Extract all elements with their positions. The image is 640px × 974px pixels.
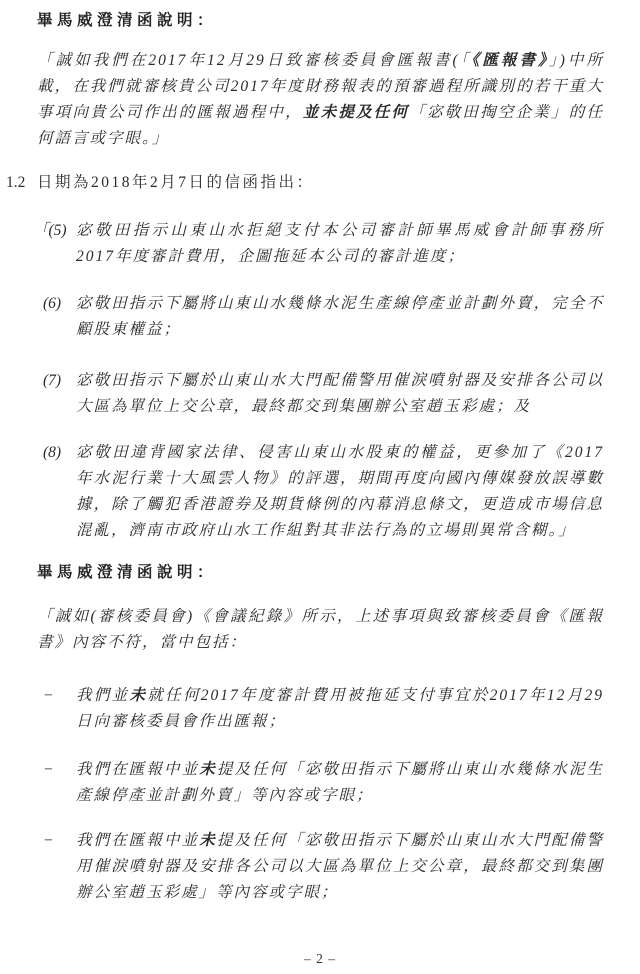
item-7-marker: (7) — [37, 368, 76, 420]
item-6-marker: (6) — [37, 291, 76, 343]
dash-item-3-text: 我們在匯報中並未提及任何「宓敬田指示下屬於山東山水大門配備警用催淚噴射器及安排各… — [76, 828, 604, 906]
dash-item-2-text: 我們在匯報中並未提及任何「宓敬田指示下屬將山東山水幾條水泥生產線停產並計劃外賣」… — [76, 757, 604, 809]
dash-item-3-pre: 我們在匯報中並 — [76, 832, 199, 849]
dash-item-2: − 我們在匯報中並未提及任何「宓敬田指示下屬將山東山水幾條水泥生產線停產並計劃外… — [37, 757, 604, 809]
dash-item-3-bold: 未 — [199, 832, 217, 849]
dash-item-1-post: 就任何2017年度審計費用被拖延支付事宜於2017年12月29日向審核委員會作出… — [76, 687, 604, 730]
section-number: 1.2 — [6, 170, 37, 196]
document-content: 畢馬威澄清函說明： 「誠如我們在2017年12月29日致審核委員會匯報書(「《匯… — [0, 0, 640, 906]
dash-bullet: − — [37, 757, 76, 809]
dash-item-3: − 我們在匯報中並未提及任何「宓敬田指示下屬於山東山水大門配備警用催淚噴射器及安… — [37, 828, 604, 906]
dash-item-1-bold: 未 — [129, 687, 147, 704]
item-8-marker: (8) — [37, 440, 76, 544]
item-5-marker: 「(5) — [33, 218, 76, 270]
item-5-text: 宓敬田指示山東山水拒絕支付本公司審計師畢馬威會計師事務所2017年度審計費用，企… — [76, 218, 604, 270]
quote-1-bold-not-mention: 並未提及任何 — [303, 104, 409, 121]
dash-item-1-text: 我們並未就任何2017年度審計費用被拖延支付事宜於2017年12月29日向審核委… — [76, 683, 604, 735]
clarification-heading-2: 畢馬威澄清函說明： — [37, 560, 604, 586]
item-8-text: 宓敬田違背國家法律、侵害山東山水股東的權益，更參加了《2017年水泥行業十大風雲… — [76, 440, 604, 544]
dash-item-1: − 我們並未就任何2017年度審計費用被拖延支付事宜於2017年12月29日向審… — [37, 683, 604, 735]
dash-item-1-pre: 我們並 — [76, 687, 129, 704]
section-1-2-text: 日期為2018年2月7日的信函指出： — [37, 170, 604, 196]
quote-1-pre: 「誠如我們在2017年12月29日致審核委員會匯報書(「 — [37, 52, 472, 69]
quote-1-bold-report-book: 《匯報書》 — [472, 52, 549, 69]
section-item-1-2: 1.2 日期為2018年2月7日的信函指出： — [6, 170, 604, 196]
dash-bullet: − — [37, 828, 76, 906]
item-6-text: 宓敬田指示下屬將山東山水幾條水泥生產線停產並計劃外賣，完全不顧股東權益； — [76, 291, 604, 343]
numbered-item-8: (8) 宓敬田違背國家法律、侵害山東山水股東的權益，更參加了《2017年水泥行業… — [37, 440, 604, 544]
dash-bullet: − — [37, 683, 76, 735]
numbered-item-7: (7) 宓敬田指示下屬於山東山水大門配備警用催淚噴射器及安排各公司以大區為單位上… — [37, 368, 604, 420]
clarification-quote-2: 「誠如(審核委員會)《會議紀錄》所示，上述事項與致審核委員會《匯報書》內容不符，… — [37, 604, 604, 656]
clarification-heading-1: 畢馬威澄清函說明： — [37, 8, 604, 34]
item-7-text: 宓敬田指示下屬於山東山水大門配備警用催淚噴射器及安排各公司以大區為單位上交公章，… — [76, 368, 604, 420]
numbered-item-6: (6) 宓敬田指示下屬將山東山水幾條水泥生產線停產並計劃外賣，完全不顧股東權益； — [37, 291, 604, 343]
numbered-item-5: 「(5) 宓敬田指示山東山水拒絕支付本公司審計師畢馬威會計師事務所2017年度審… — [37, 218, 604, 270]
page-number: – 2 – — [0, 950, 640, 967]
clarification-quote-1: 「誠如我們在2017年12月29日致審核委員會匯報書(「《匯報書》」)中所載，在… — [37, 48, 604, 152]
dash-item-2-bold: 未 — [199, 761, 217, 778]
dash-item-2-pre: 我們在匯報中並 — [76, 761, 199, 778]
document-page: 畢馬威澄清函說明： 「誠如我們在2017年12月29日致審核委員會匯報書(「《匯… — [0, 0, 640, 974]
